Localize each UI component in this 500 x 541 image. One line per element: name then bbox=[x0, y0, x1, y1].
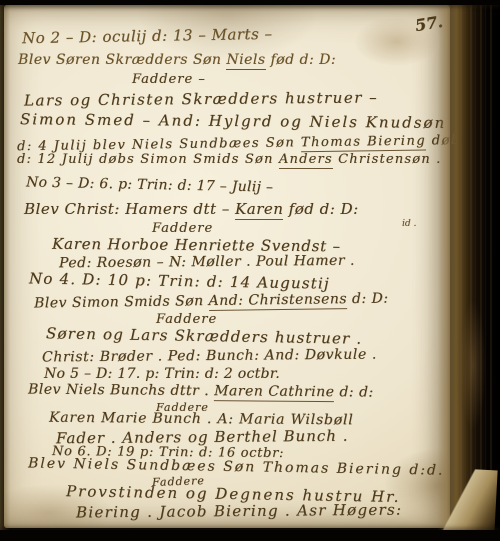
manuscript-scan: 57. No 2 – D: oculij d: 13 – Marts – Ble… bbox=[0, 0, 500, 541]
manuscript-line: Karen Marie Bunch . A: Maria Wilsbøll bbox=[49, 410, 354, 429]
line-text: Simon Smed – And: Hylgrd og Niels Knudsø… bbox=[20, 110, 446, 132]
line-text: Karen Marie Bunch . A: Maria Wilsbøll bbox=[49, 410, 354, 429]
manuscript-line: Christ: Brøder . Ped: Bunch: And: Døvkul… bbox=[42, 347, 377, 366]
manuscript-line: Faddere bbox=[156, 312, 217, 327]
line-text: fød d: D: bbox=[266, 52, 337, 68]
margin-note: id . bbox=[402, 219, 416, 229]
manuscript-line: Faddere – bbox=[132, 72, 206, 87]
manuscript-line: Blev Søren Skrædders Søn Niels fød d: D: bbox=[18, 52, 336, 68]
manuscript-line: No 5 – D: 17. p: Trin: d: 2 octbr. bbox=[44, 366, 280, 382]
line-text: Blev Niels Sundbæes Søn Thomas Biering d… bbox=[28, 455, 445, 478]
line-text: Ped: Roesøn – N: Møller . Poul Hamer . bbox=[59, 253, 355, 272]
manuscript-line: Søren og Lars Skrædders hustruer . bbox=[46, 324, 363, 348]
manuscript-line: Faddere bbox=[152, 221, 213, 236]
line-text: Faddere bbox=[156, 312, 217, 327]
manuscript-line: d: 12 Julij døbs Simon Smids Søn Anders … bbox=[17, 152, 442, 167]
line-text: d: d: bbox=[334, 384, 373, 400]
underlined-name: Niels bbox=[226, 52, 265, 70]
manuscript-line: d: 4 Julij blev Niels Sundbæes Søn Thoma… bbox=[17, 133, 479, 154]
page-edge-streaks bbox=[460, 0, 494, 541]
manuscript-line: No 4. D: 10 p: Trin: d: 14 Augustij bbox=[29, 269, 330, 292]
underlined-name: Maren Cathrine bbox=[214, 383, 334, 402]
manuscript-line: Blev Niels Bunchs dttr . Maren Cathrine … bbox=[28, 381, 374, 400]
line-text: Blev Christ: Hamers dtt – bbox=[24, 200, 235, 218]
manuscript-line: Ped: Roesøn – N: Møller . Poul Hamer . bbox=[59, 253, 355, 272]
line-text: Lars og Christen Skrædders hustruer – bbox=[24, 88, 378, 109]
left-page-edge-shadow bbox=[0, 0, 10, 541]
underlined-name: Thomas Biering bbox=[301, 134, 426, 153]
line-text: Søren og Lars Skrædders hustruer . bbox=[46, 324, 363, 348]
bottom-scan-border bbox=[0, 530, 500, 541]
manuscript-line: Karen Horboe Henriette Svendst – bbox=[52, 235, 341, 256]
line-text: fød d: D: bbox=[283, 200, 358, 218]
underlined-name: And: Christensens bbox=[208, 291, 347, 311]
line-text: No 4. D: 10 p: Trin: d: 14 Augustij bbox=[29, 269, 330, 292]
manuscript-line: No 3 – D: 6. p: Trin: d: 17 – Julij – bbox=[26, 174, 274, 195]
line-text: d: D: bbox=[347, 291, 389, 308]
manuscript-line: Blev Christ: Hamers dtt – Karen fød d: D… bbox=[24, 200, 359, 218]
line-text: No 5 – D: 17. p: Trin: d: 2 octbr. bbox=[44, 366, 280, 382]
line-text: Christ: Brøder . Ped: Bunch: And: Døvkul… bbox=[42, 347, 377, 366]
line-text: Blev Simon Smids Søn bbox=[34, 293, 209, 311]
line-text: Faddere bbox=[152, 221, 213, 236]
binding-highlight bbox=[460, 300, 486, 430]
bottom-right-page-corner bbox=[438, 468, 497, 535]
line-text: d: 12 Julij døbs Simon Smids Søn bbox=[17, 152, 279, 167]
line-text: Faddere – bbox=[132, 72, 206, 87]
manuscript-line: Biering . Jacob Biering . Asr Høgers: bbox=[76, 501, 402, 522]
underlined-name: Anders bbox=[279, 152, 333, 169]
line-text: No 2 – D: oculij d: 13 – Marts – bbox=[22, 25, 273, 47]
manuscript-line: Blev Simon Smids Søn And: Christensens d… bbox=[34, 291, 389, 312]
manuscript-line: Simon Smed – And: Hylgrd og Niels Knudsø… bbox=[20, 110, 446, 132]
line-text: Karen Horboe Henriette Svendst – bbox=[52, 235, 341, 256]
line-text: Blev Niels Bunchs dttr . bbox=[28, 381, 214, 399]
parchment-page: 57. No 2 – D: oculij d: 13 – Marts – Ble… bbox=[4, 5, 450, 528]
manuscript-line: No 2 – D: oculij d: 13 – Marts – bbox=[22, 25, 273, 47]
line-text: Biering . Jacob Biering . Asr Høgers: bbox=[76, 501, 402, 522]
line-text: Blev Søren Skrædders Søn bbox=[18, 52, 226, 68]
line-text: No 3 – D: 6. p: Trin: d: 17 – Julij – bbox=[26, 174, 274, 195]
line-text: Christensøn . bbox=[333, 152, 442, 167]
manuscript-line: Blev Niels Sundbæes Søn Thomas Biering d… bbox=[28, 455, 445, 478]
top-scan-border bbox=[0, 0, 500, 5]
manuscript-line: Lars og Christen Skrædders hustruer – bbox=[24, 88, 378, 109]
underlined-name: Karen bbox=[235, 200, 283, 220]
